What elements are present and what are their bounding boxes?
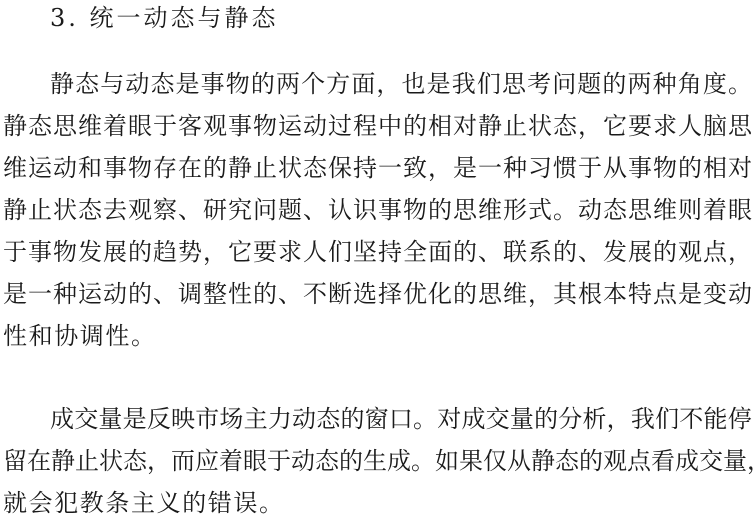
paragraph-line: 就会犯教条主义的错误。 (3, 482, 752, 520)
paragraph-line: 静止状态去观察、研究问题、认识事物的思维形式。动态思维则着眼 (3, 189, 752, 231)
paragraph-line: 于事物发展的趋势，它要求人们坚持全面的、联系的、发展的观点， (3, 231, 752, 273)
paragraph-line: 是一种运动的、调整性的、不断选择优化的思维，其根本特点是变动 (3, 273, 752, 315)
section-title: 3. 统一动态与静态 (50, 0, 279, 36)
paragraph-line: 留在静止状态，而应着眼于动态的生成。如果仅从静态的观点看成交量， (3, 440, 752, 482)
paragraph-line: 维运动和事物存在的静止状态保持一致，是一种习惯于从事物的相对 (3, 147, 752, 189)
paragraph-line: 静态思维着眼于客观事物运动过程中的相对静止状态，它要求人脑思 (3, 105, 752, 147)
paragraph-line: 成交量是反映市场主力动态的窗口。对成交量的分析，我们不能停 (50, 398, 752, 440)
paragraph-line: 性和协调性。 (3, 315, 752, 357)
paragraph-line: 静态与动态是事物的两个方面，也是我们思考问题的两种角度。 (50, 63, 752, 105)
